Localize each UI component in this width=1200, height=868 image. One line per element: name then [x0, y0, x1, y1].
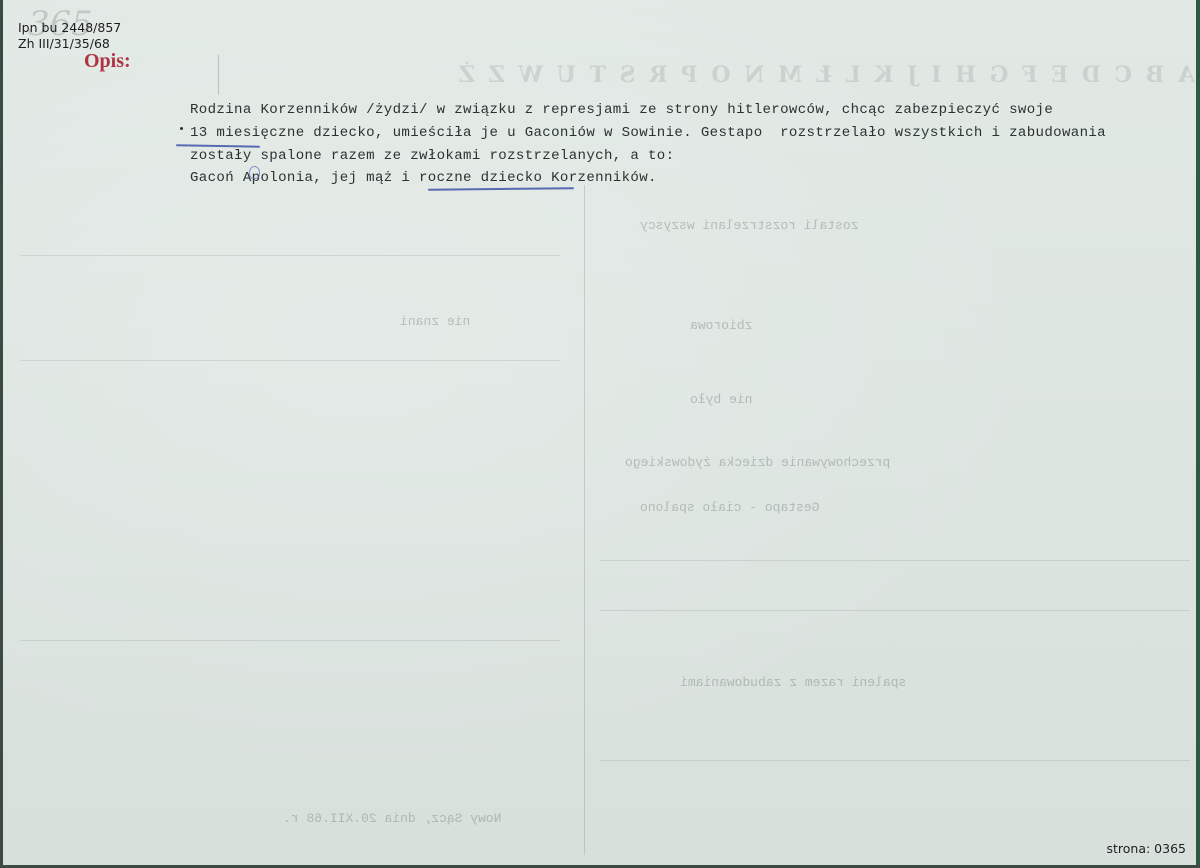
description-line: 13 miesięczne dziecko, umieściła je u Ga… [190, 125, 1106, 141]
pen-correction-mark [249, 166, 260, 179]
bleed-through-text: Nowy Sącz, dnia 20.XII.68 r. [283, 811, 501, 826]
document-page: 365 A B C D E F G H I J K L Ł M N O P R … [0, 0, 1200, 868]
bleed-through-text: przechowywanie dziecka żydowskiego [625, 455, 890, 470]
bleed-through-column-divider [584, 185, 585, 855]
bleed-through-text: spaleni razem z zabudowaniami [680, 675, 906, 690]
page-edge-left [0, 0, 3, 868]
bleed-through-rule [20, 255, 560, 256]
description-label: Opis: [84, 50, 131, 73]
archive-reference-number: Ipn bu 2448/857 [18, 20, 121, 36]
pen-underline [428, 187, 574, 191]
bleed-through-rule [600, 560, 1190, 561]
description-line: Rodzina Korzenników /żydzi/ w związku z … [190, 102, 1053, 118]
page-number: strona: 0365 [1106, 841, 1186, 856]
page-edge-right [1196, 0, 1200, 868]
bleed-through-rule [218, 55, 219, 95]
description-line: Gacoń Apolonia, jej mąż i roczne dziecko… [190, 170, 657, 186]
description-line: zostały spalone razem ze zwłokami rozstr… [190, 148, 674, 164]
bleed-through-rule [20, 640, 560, 641]
bleed-through-rule [20, 360, 560, 361]
bleed-through-rule [600, 760, 1190, 761]
bleed-through-text: zostali rozstrzelani wszyscy [640, 218, 858, 233]
bleed-through-alphabet-index: A B C D E F G H I J K L Ł M N O P R S T … [225, 62, 1195, 90]
bleed-through-text: zbiorowa [690, 318, 752, 333]
bleed-through-text: nie było [690, 392, 752, 407]
bleed-through-text: Gestapo - ciało spalono [640, 500, 819, 515]
bleed-through-rule [600, 610, 1190, 611]
pen-dot-mark [180, 127, 183, 130]
bleed-through-text: nie znani [400, 314, 470, 329]
